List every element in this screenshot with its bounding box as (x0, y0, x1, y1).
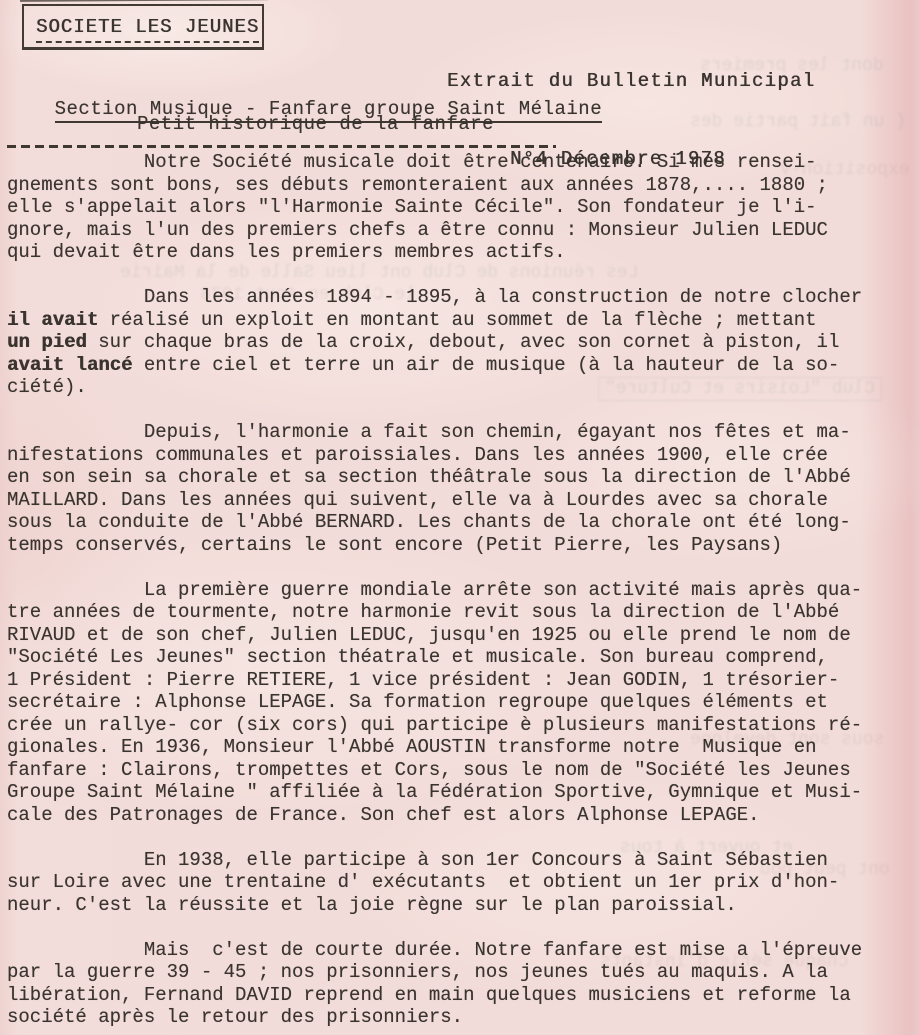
text-line: gionales. En 1936, Monsieur l'Abbé AOUST… (7, 736, 918, 759)
text-line: nifestations communales et paroissiales.… (7, 444, 918, 467)
box-top-rule (20, 0, 268, 2)
text-line: Depuis, l'harmonie a fait son chemin, ég… (7, 421, 918, 444)
text-line: qui devait être dans les premiers membre… (7, 241, 918, 264)
text-line: sous la conduite de l'Abbé BERNARD. Les … (7, 511, 918, 534)
text-line: un pied sur chaque bras de la croix, deb… (7, 331, 918, 354)
text-line: MAILLARD. Dans les années qui suivent, e… (7, 489, 918, 512)
text-line: ciété). (7, 376, 918, 399)
text-line: sur Loire avec une trentaine d' exécutan… (7, 871, 918, 894)
text-line: RIVAUD et de son chef, Julien LEDUC, jus… (7, 624, 918, 647)
document-subtitle: Petit historique de la fanfare (137, 113, 494, 135)
paragraph: La première guerre mondiale arrête son a… (7, 579, 918, 827)
text-line: fanfare : Clairons, trompettes et Cors, … (7, 759, 918, 782)
paragraph: Depuis, l'harmonie a fait son chemin, ég… (7, 421, 918, 556)
text-line: tre années de tourmente, notre harmonie … (7, 601, 918, 624)
text-line: avait lancé entre ciel et terre un air d… (7, 354, 918, 377)
document-body: Notre Société musicale doit être centena… (7, 151, 918, 1029)
text-line: En 1938, elle participe à son 1er Concou… (7, 849, 918, 872)
text-line: il avait réalisé un exploit en montant a… (7, 309, 918, 332)
text-line: cale des Patronages de France. Son chef … (7, 804, 918, 827)
bulletin-page: dont les premiers( un fait partie desexp… (0, 0, 920, 1035)
text-line: temps conservés, certains le sont encore… (7, 534, 918, 557)
text-line: La première guerre mondiale arrête son a… (7, 579, 918, 602)
text-line: gnore, mais l'un des premiers chefs a êt… (7, 219, 918, 242)
paragraph: Dans les années 1894 - 1895, à la constr… (7, 286, 918, 399)
society-title: SOCIETE LES JEUNES (36, 16, 259, 43)
text-line: Notre Société musicale doit être centena… (7, 151, 918, 174)
text-line: Groupe Saint Mélaine " affiliée à la Féd… (7, 781, 918, 804)
society-title-box: SOCIETE LES JEUNES (22, 4, 264, 50)
paragraph: Notre Société musicale doit être centena… (7, 151, 918, 264)
text-line: Mais c'est de courte durée. Notre fanfar… (7, 939, 918, 962)
paragraph: En 1938, elle participe à son 1er Concou… (7, 849, 918, 917)
text-line: en son sein sa chorale et sa section thé… (7, 466, 918, 489)
section-heading-dashed-rule (7, 145, 556, 148)
text-line: par la guerre 39 - 45 ; nos prisonniers,… (7, 961, 918, 984)
text-line: neur. C'est la réussite et la joie règne… (7, 894, 918, 917)
text-line: "Société Les Jeunes" section théatrale e… (7, 646, 918, 669)
text-line: gnements sont bons, ses débuts remontera… (7, 174, 918, 197)
text-line: 1 Président : Pierre RETIERE, 1 vice pré… (7, 669, 918, 692)
text-line: société après le retour des prisonniers. (7, 1006, 918, 1029)
text-line: crée un rallye- cor (six cors) qui parti… (7, 714, 918, 737)
text-line: libération, Fernand DAVID reprend en mai… (7, 984, 918, 1007)
text-line: secrétaire : Alphonse LEPAGE. Sa formati… (7, 691, 918, 714)
paragraph: Mais c'est de courte durée. Notre fanfar… (7, 939, 918, 1029)
text-line: Dans les années 1894 - 1895, à la constr… (7, 286, 918, 309)
text-line: elle s'appelait alors "l'Harmonie Sainte… (7, 196, 918, 219)
